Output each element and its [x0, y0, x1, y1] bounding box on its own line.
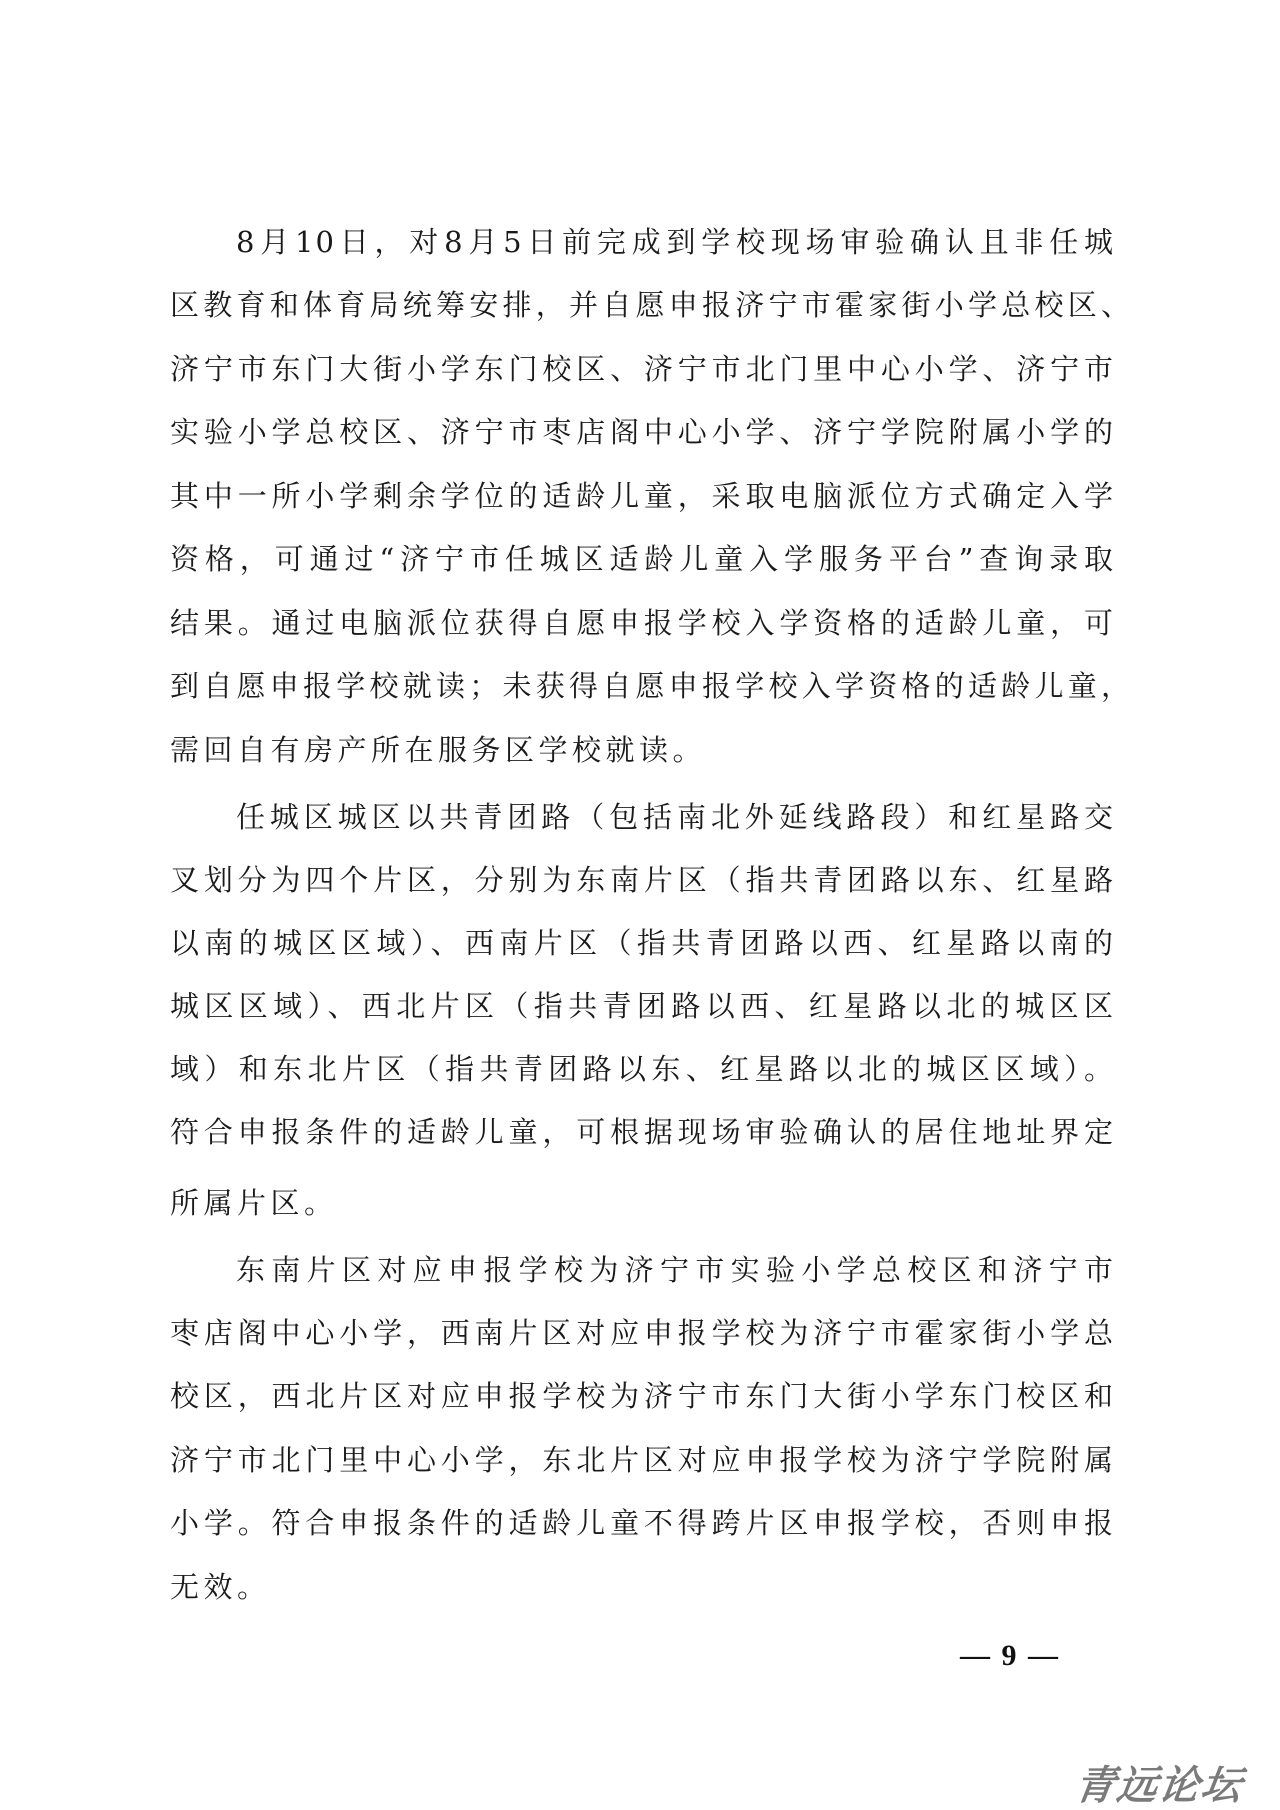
watermark-text: 青远论坛 — [1075, 1763, 1280, 1810]
text-line: 结果。通过电脑派位获得自愿申报学校入学资格的适龄儿童，可 — [170, 603, 1115, 643]
text-line: 任城区城区以共青团路（包括南北外延线路段）和红星路交 — [236, 797, 1115, 837]
page-number: — 9 — — [945, 1636, 1075, 1676]
text-line: 济宁市北门里中心小学，东北片区对应申报学校为济宁学院附属 — [170, 1440, 1115, 1480]
text-line: 资格，可通过“济宁市任城区适龄儿童入学服务平台”查询录取 — [170, 539, 1115, 579]
text-line: 其中一所小学剩余学位的适龄儿童，采取电脑派位方式确定入学 — [170, 476, 1115, 516]
text-line: 城区区域）、西北片区（指共青团路以西、红星路以北的城区区 — [170, 986, 1115, 1026]
text-line: 叉划分为四个片区，分别为东南片区（指共青团路以东、红星路 — [170, 860, 1115, 900]
text-line: 以南的城区区域）、西南片区（指共青团路以西、红星路以南的 — [170, 923, 1115, 963]
text-line: 东南片区对应申报学校为济宁市实验小学总校区和济宁市 — [236, 1250, 1115, 1290]
text-line: 校区，西北片区对应申报学校为济宁市东门大街小学东门校区和 — [170, 1376, 1115, 1416]
text-line: 域）和东北片区（指共青团路以东、红星路以北的城区区域）。 — [170, 1049, 1115, 1089]
text-line: 到自愿申报学校就读；未获得自愿申报学校入学资格的适龄儿童， — [170, 666, 1132, 706]
watermark-logo: 青远论坛 — [1075, 1763, 1280, 1810]
document-page: 8月10日，对8月5日前完成到学校现场审验确认且非任城 区教育和体育局统筹安排，… — [0, 0, 1280, 1810]
text-line: 小学。符合申报条件的适龄儿童不得跨片区申报学校，否则申报 — [170, 1503, 1115, 1543]
text-line: 所属片区。 — [170, 1183, 338, 1223]
text-line: 区教育和体育局统筹安排，并自愿申报济宁市霍家街小学总校区、 — [170, 285, 1132, 325]
text-line: 8月10日，对8月5日前完成到学校现场审验确认且非任城 — [236, 222, 1115, 262]
text-line: 济宁市东门大街小学东门校区、济宁市北门里中心小学、济宁市 — [170, 349, 1115, 389]
text-line: 无效。 — [170, 1567, 271, 1607]
text-line: 实验小学总校区、济宁市枣店阁中心小学、济宁学院附属小学的 — [170, 412, 1115, 452]
text-line: 需回自有房产所在服务区学校就读。 — [170, 730, 706, 770]
text-line: 符合申报条件的适龄儿童，可根据现场审验确认的居住地址界定 — [170, 1112, 1115, 1152]
text-line: 枣店阁中心小学，西南片区对应申报学校为济宁市霍家街小学总 — [170, 1313, 1115, 1353]
